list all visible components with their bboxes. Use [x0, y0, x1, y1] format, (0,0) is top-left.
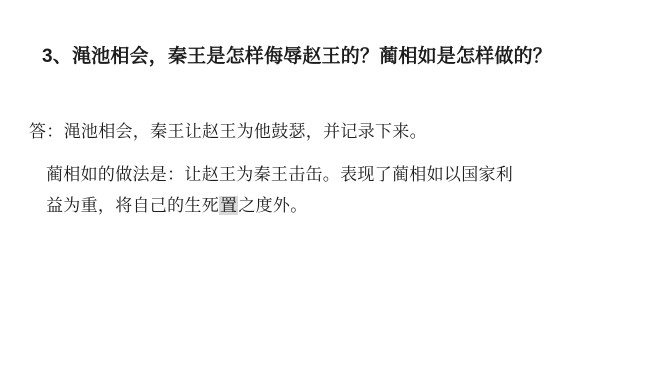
explanation-line-2: 益为重，将自己的生死置之度外。 — [46, 190, 513, 221]
explanation-line-2-pre: 益为重，将自己的生死 — [46, 196, 219, 215]
highlighted-character: 置 — [219, 196, 238, 215]
explanation-line-2-post: 之度外。 — [238, 196, 307, 215]
answer-line: 答：渑池相会，秦王让赵王为他鼓瑟，并记录下来。 — [29, 117, 427, 142]
question-title: 3、渑池相会，秦王是怎样侮辱赵王的？蔺相如是怎样做的？ — [42, 41, 552, 68]
explanation-line-1: 蔺相如的做法是：让赵王为秦王击缶。表现了蔺相如以国家利 — [46, 159, 513, 190]
presentation-slide: 3、渑池相会，秦王是怎样侮辱赵王的？蔺相如是怎样做的？ 答：渑池相会，秦王让赵王… — [0, 0, 668, 376]
explanation-paragraph: 蔺相如的做法是：让赵王为秦王击缶。表现了蔺相如以国家利 益为重，将自己的生死置之… — [46, 159, 513, 221]
